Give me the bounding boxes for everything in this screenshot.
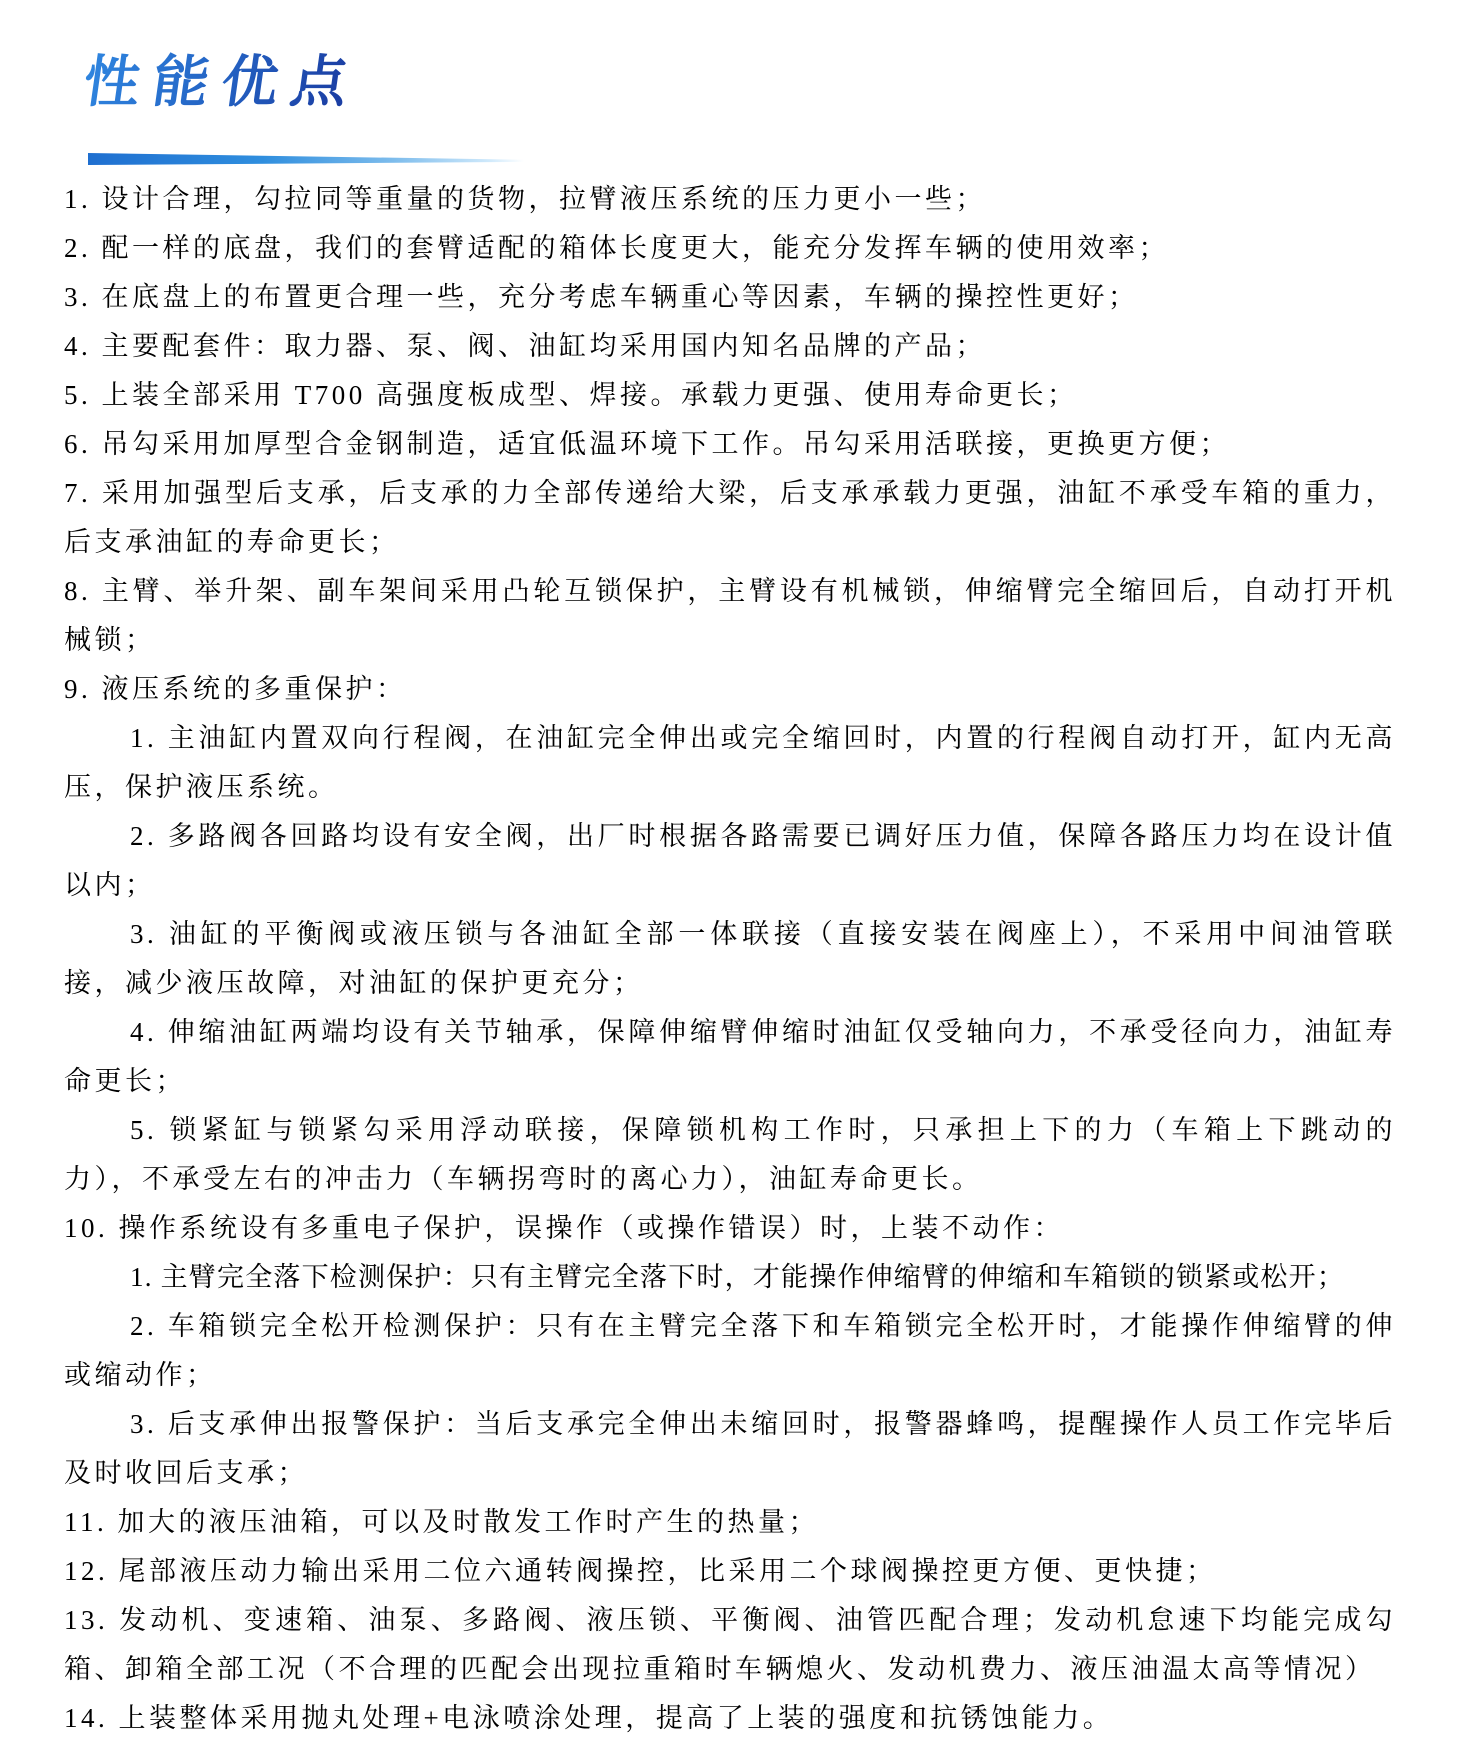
feature-item-13: 13. 发动机、变速箱、油泵、多路阀、液压锁、平衡阀、油管匹配合理；发动机怠速下…	[64, 1596, 1396, 1694]
page: 性能优点 1. 设计合理，勾拉同等重量的货物，拉臂液压系统的压力更小一些； 2.…	[0, 0, 1458, 1750]
feature-item-9-sub-4: 4. 伸缩油缸两端均设有关节轴承，保障伸缩臂伸缩时油缸仅受轴向力，不承受径向力，…	[64, 1008, 1396, 1106]
feature-item-9-sub-5: 5. 锁紧缸与锁紧勾采用浮动联接，保障锁机构工作时，只承担上下的力（车箱上下跳动…	[64, 1106, 1396, 1204]
feature-item-7: 7. 采用加强型后支承，后支承的力全部传递给大梁，后支承承载力更强，油缸不承受车…	[64, 469, 1396, 567]
feature-item-3: 3. 在底盘上的布置更合理一些，充分考虑车辆重心等因素，车辆的操控性更好；	[64, 273, 1396, 322]
feature-item-10-sub-3: 3. 后支承伸出报警保护：当后支承完全伸出未缩回时，报警器蜂鸣，提醒操作人员工作…	[64, 1400, 1396, 1498]
feature-item-9-sub-2: 2. 多路阀各回路均设有安全阀，出厂时根据各路需要已调好压力值，保障各路压力均在…	[64, 812, 1396, 910]
feature-list: 1. 设计合理，勾拉同等重量的货物，拉臂液压系统的压力更小一些； 2. 配一样的…	[0, 165, 1458, 1743]
page-title: 性能优点	[80, 50, 365, 114]
feature-item-2: 2. 配一样的底盘，我们的套臂适配的箱体长度更大，能充分发挥车辆的使用效率；	[64, 224, 1396, 273]
feature-item-9-sub-1: 1. 主油缸内置双向行程阀，在油缸完全伸出或完全缩回时，内置的行程阀自动打开，缸…	[64, 714, 1396, 812]
feature-item-1: 1. 设计合理，勾拉同等重量的货物，拉臂液压系统的压力更小一些；	[64, 175, 1396, 224]
feature-item-10-sub-2: 2. 车箱锁完全松开检测保护：只有在主臂完全落下和车箱锁完全松开时，才能操作伸缩…	[64, 1302, 1396, 1400]
feature-item-10: 10. 操作系统设有多重电子保护，误操作（或操作错误）时，上装不动作：	[64, 1204, 1396, 1253]
feature-item-8: 8. 主臂、举升架、副车架间采用凸轮互锁保护，主臂设有机械锁，伸缩臂完全缩回后，…	[64, 567, 1396, 665]
feature-item-9: 9. 液压系统的多重保护：	[64, 665, 1396, 714]
feature-item-4: 4. 主要配套件：取力器、泵、阀、油缸均采用国内知名品牌的产品；	[64, 322, 1396, 371]
feature-item-11: 11. 加大的液压油箱，可以及时散发工作时产生的热量；	[64, 1498, 1396, 1547]
page-header: 性能优点	[0, 0, 1458, 165]
title-underline	[88, 153, 524, 165]
feature-item-6: 6. 吊勾采用加厚型合金钢制造，适宜低温环境下工作。吊勾采用活联接，更换更方便；	[64, 420, 1396, 469]
feature-item-12: 12. 尾部液压动力输出采用二位六通转阀操控，比采用二个球阀操控更方便、更快捷；	[64, 1547, 1396, 1596]
feature-item-9-sub-3: 3. 油缸的平衡阀或液压锁与各油缸全部一体联接（直接安装在阀座上），不采用中间油…	[64, 910, 1396, 1008]
feature-item-5: 5. 上装全部采用 T700 高强度板成型、焊接。承载力更强、使用寿命更长；	[64, 371, 1396, 420]
feature-item-10-sub-1: 1. 主臂完全落下检测保护：只有主臂完全落下时，才能操作伸缩臂的伸缩和车箱锁的锁…	[64, 1253, 1396, 1302]
feature-item-14: 14. 上装整体采用抛丸处理+电泳喷涂处理，提高了上装的强度和抗锈蚀能力。	[64, 1694, 1396, 1743]
